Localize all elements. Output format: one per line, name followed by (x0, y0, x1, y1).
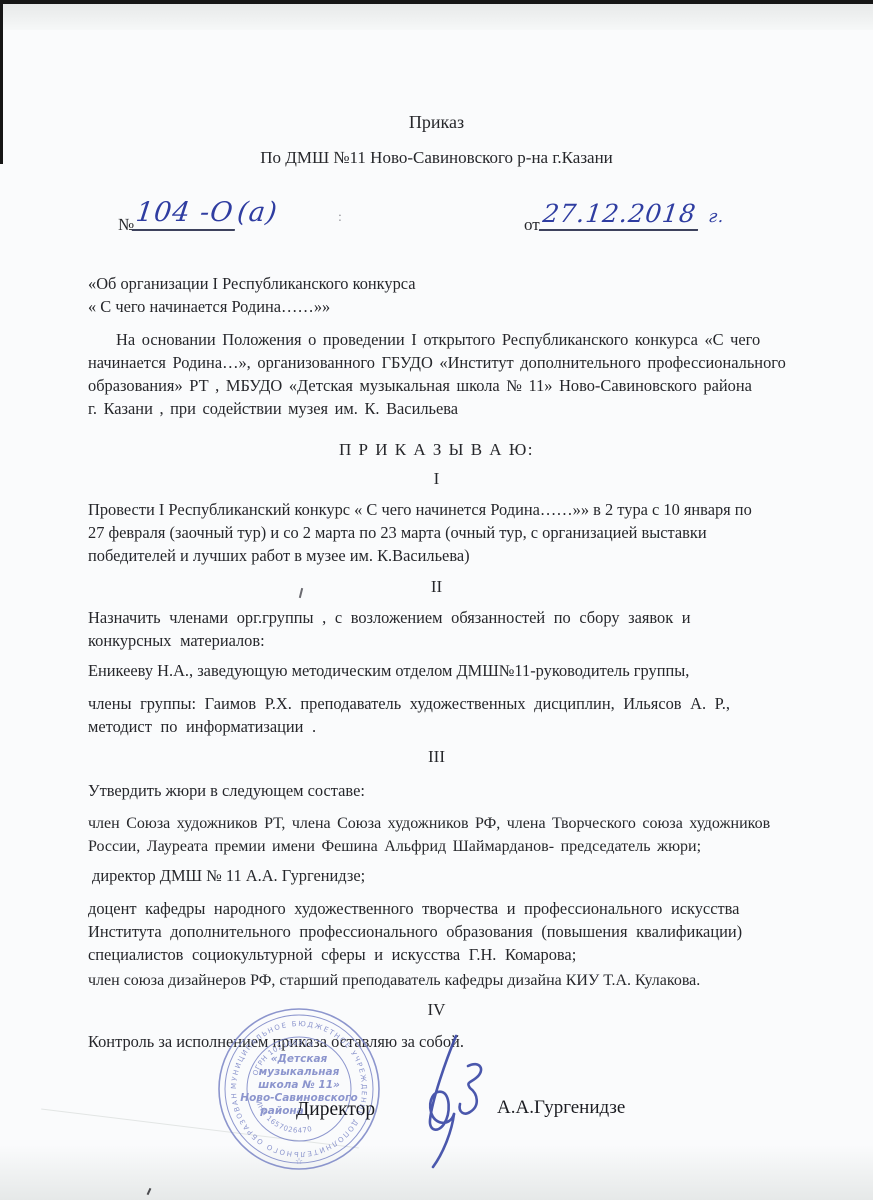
stamp-center-line-1: «Детская (271, 1053, 328, 1065)
director-signature-handwriting (396, 1030, 506, 1170)
order-heading: П Р И К А З Ы В А Ю: (0, 440, 873, 460)
order-date-label: от (524, 215, 540, 235)
page-title: Приказ (0, 112, 873, 133)
order-date-suffix: г. (707, 207, 725, 227)
order-date-handwritten: 27.12.2018 г. (539, 199, 727, 228)
order-subject: «Об организации I Республиканского конку… (88, 272, 794, 318)
page-subtitle: По ДМШ №11 Ново-Савиновского р-на г.Каза… (0, 148, 873, 168)
section-3-paragraph-1: Утвердить жюри в следующем составе: (88, 779, 794, 802)
scan-artifact-colon: : (338, 210, 342, 226)
scan-edge-left (0, 0, 3, 164)
scan-edge-top-shadow (0, 4, 873, 30)
section-2-numeral: II (0, 577, 873, 597)
order-preamble: На основании Положения о проведении I от… (88, 328, 794, 420)
section-4-numeral: IV (0, 1000, 873, 1020)
section-3-paragraph-3: директор ДМШ № 11 А.А. Гургенидзе; (92, 864, 798, 887)
school-stamp: МУНИЦИПАЛЬНОЕ БЮДЖЕТНОЕ УЧРЕЖДЕНИЕ ДОПОЛ… (212, 1002, 386, 1176)
section-3-paragraph-2: член Союза художников РТ, члена Союза ху… (88, 812, 794, 858)
order-number-handwritten: 104 -О(а) (132, 197, 279, 228)
section-1-paragraph: Провести I Республиканский конкурс « С ч… (88, 498, 794, 567)
director-name: А.А.Гургенидзе (497, 1097, 625, 1119)
stamp-center-line-2: музыкальная (259, 1066, 340, 1078)
section-2-paragraph-3: члены группы: Гаимов Р.Х. преподаватель … (88, 692, 794, 738)
order-date-value: 27.12.2018 (539, 199, 702, 231)
stamp-center-line-3: школа № 11» (258, 1079, 340, 1091)
scanned-order-page: : Приказ По ДМШ №11 Ново-Савиновского р-… (0, 0, 873, 1200)
order-number-suffix: (а) (235, 197, 279, 228)
section-2-paragraph-1: Назначить членами орг.группы , с возложе… (88, 606, 794, 652)
director-role-label: Директор (296, 1099, 375, 1121)
stamp-star-icon: ☆ (295, 1157, 303, 1167)
section-3-paragraph-5: член союза дизайнеров РФ, старший препод… (88, 969, 794, 992)
section-1-numeral: I (0, 469, 873, 489)
section-2-paragraph-2: Еникееву Н.А., заведующую методическим о… (88, 659, 794, 682)
section-3-paragraph-4: доцент кафедры народного художественного… (88, 897, 794, 966)
order-number-value: 104 -О (132, 197, 240, 231)
section-3-numeral: III (0, 747, 873, 767)
